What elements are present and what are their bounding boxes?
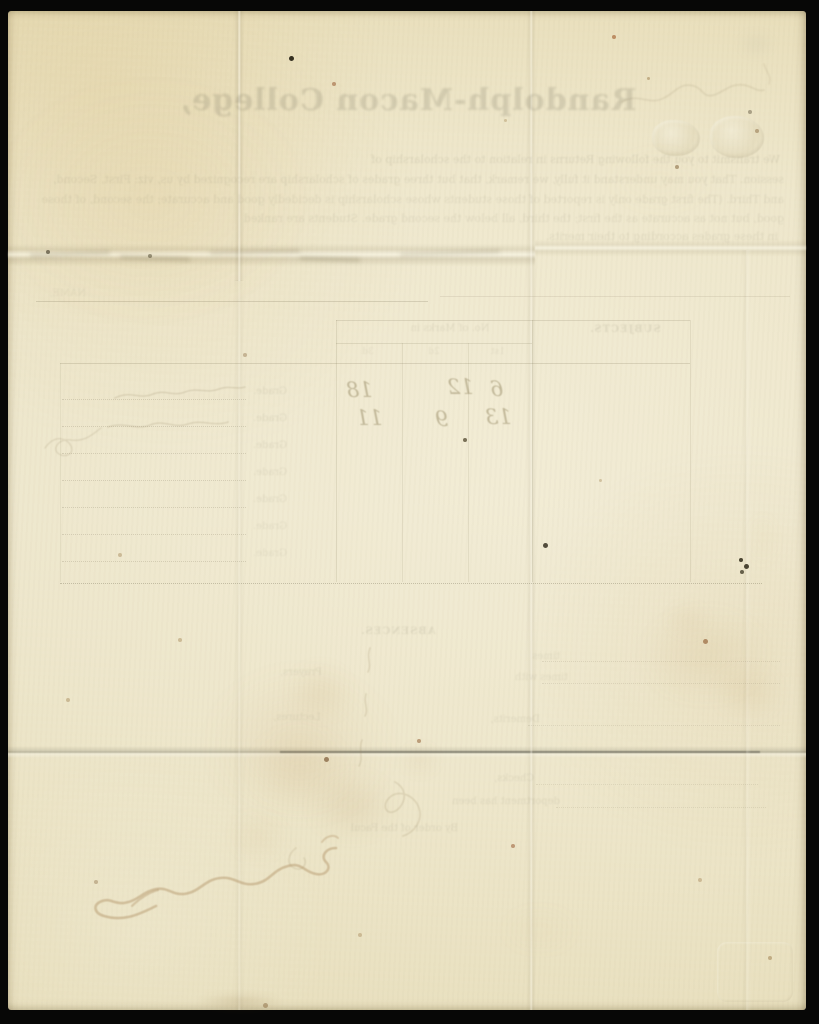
showthrough-remarks-lectures: Lectures, — [241, 712, 321, 724]
remarks-dotted-rule — [536, 783, 758, 785]
paper-stain — [480, 900, 600, 960]
ink-speck — [417, 739, 421, 743]
showthrough-remarks-demerits: Demerits, — [458, 714, 540, 726]
ink-speck — [647, 77, 650, 80]
ink-speck — [463, 438, 467, 442]
table-header-bottom-rule — [60, 363, 690, 364]
ink-speck — [66, 698, 70, 702]
ink-speck — [543, 543, 548, 548]
ink-speck — [332, 82, 336, 86]
ink-speck — [243, 353, 247, 357]
grade-row-leader — [62, 533, 246, 535]
grade-row-leader — [62, 479, 246, 481]
paper-stain — [178, 990, 302, 1014]
ink-speck — [511, 844, 515, 848]
ink-speck — [94, 880, 98, 884]
name-rule-right — [440, 296, 790, 297]
handwritten-mark-18: 18 — [346, 378, 373, 402]
paper-stain — [743, 500, 783, 580]
showthrough-table-subheader-2: 2d — [406, 347, 462, 357]
showthrough-remarks-prayers: Prayers, — [246, 667, 322, 679]
ink-speck — [324, 757, 329, 762]
paper-stain — [654, 594, 722, 646]
table-top-rule — [336, 320, 690, 321]
ink-speck — [703, 639, 708, 644]
table-vertical-rule — [690, 320, 691, 582]
showthrough-para-line-5: in these grades according to their merit… — [414, 231, 778, 244]
showthrough-para-line-1: We transmit to you the following Returns… — [200, 154, 780, 167]
scan-background: Randolph-Macon College,We transmit to yo… — [0, 0, 819, 1024]
ink-speck — [289, 56, 294, 61]
ink-speck — [504, 119, 507, 122]
embossed-corner-mark — [717, 942, 793, 1002]
handwritten-mark-9: 9 — [435, 407, 448, 431]
showthrough-grade-label-2: Grade. — [248, 413, 292, 425]
ink-speck — [46, 250, 50, 254]
paper-stain — [730, 26, 782, 62]
showthrough-para-line-4: good, but not as accurate as the first; … — [36, 213, 784, 226]
ink-speck — [740, 570, 744, 574]
ink-speck — [698, 878, 702, 882]
showthrough-grade-label-6: Grade. — [248, 521, 292, 533]
ink-speck — [744, 564, 749, 569]
showthrough-heading: Randolph-Macon College, — [178, 84, 638, 119]
showthrough-table-subheader-1: 1st — [470, 347, 526, 357]
showthrough-table-header-subjects: SUBJECTS. — [583, 324, 667, 336]
showthrough-remarks-header: ABSENCES. — [352, 626, 444, 638]
showthrough-grade-label-1: Grade. — [248, 386, 292, 398]
paper-stain — [230, 715, 370, 825]
ink-speck — [768, 956, 772, 960]
paper-stain — [390, 736, 450, 784]
handwritten-mark-13: 13 — [485, 405, 512, 429]
ink-speck — [358, 933, 362, 937]
ink-speck — [748, 110, 752, 114]
showthrough-remarks-checks: Checks, — [466, 773, 534, 785]
showthrough-remarks-by-order: By order of the Facul — [314, 823, 458, 835]
grade-row-leader — [62, 452, 246, 454]
grade-row-leader — [62, 506, 246, 508]
showthrough-remarks-times-1: times — [500, 651, 560, 663]
showthrough-grade-label-4: Grade. — [248, 467, 292, 479]
ink-speck — [755, 129, 759, 133]
showthrough-grade-label-7: Grade. — [248, 548, 292, 560]
handwritten-mark-12: 12 — [447, 375, 474, 399]
grade-row-leader — [62, 398, 246, 400]
showthrough-remarks-times-2: times with — [476, 672, 568, 684]
grade-row-leader — [62, 425, 246, 427]
ink-speck — [118, 553, 122, 557]
grade-row-leader — [62, 560, 246, 562]
vertical-fold-crease-left — [234, 280, 244, 1010]
ink-speck — [612, 35, 616, 39]
paper-stain — [700, 652, 796, 732]
table-vertical-rule — [402, 343, 403, 582]
table-vertical-rule — [60, 363, 61, 582]
handwritten-mark-6: 6 — [490, 377, 503, 401]
table-bottom-rule — [60, 582, 762, 584]
showthrough-table-subheader-3: 3d — [340, 347, 396, 357]
showthrough-grade-label-3: Grade. — [248, 440, 292, 452]
handwritten-mark-11: 11 — [356, 406, 383, 430]
showthrough-remarks-deportment: deportment has been — [408, 796, 560, 808]
table-vertical-rule — [532, 320, 533, 582]
remarks-dotted-rule — [556, 806, 766, 808]
showthrough-table-header-marks: No. of Marks in — [378, 323, 522, 335]
ink-speck — [599, 479, 602, 482]
ink-speck — [178, 638, 182, 642]
ink-speck — [739, 558, 743, 562]
ink-speck — [148, 254, 152, 258]
table-subheader-rule — [336, 343, 532, 344]
ink-speck — [675, 165, 679, 169]
table-vertical-rule — [336, 320, 337, 582]
ink-speck — [263, 1003, 268, 1008]
showthrough-para-line-2: session. That you may understand it full… — [36, 174, 784, 187]
showthrough-grade-label-5: Grade. — [248, 494, 292, 506]
showthrough-name-label: NAME, — [26, 288, 86, 300]
showthrough-para-line-3: and Third. (The first grade only is repo… — [36, 194, 784, 207]
